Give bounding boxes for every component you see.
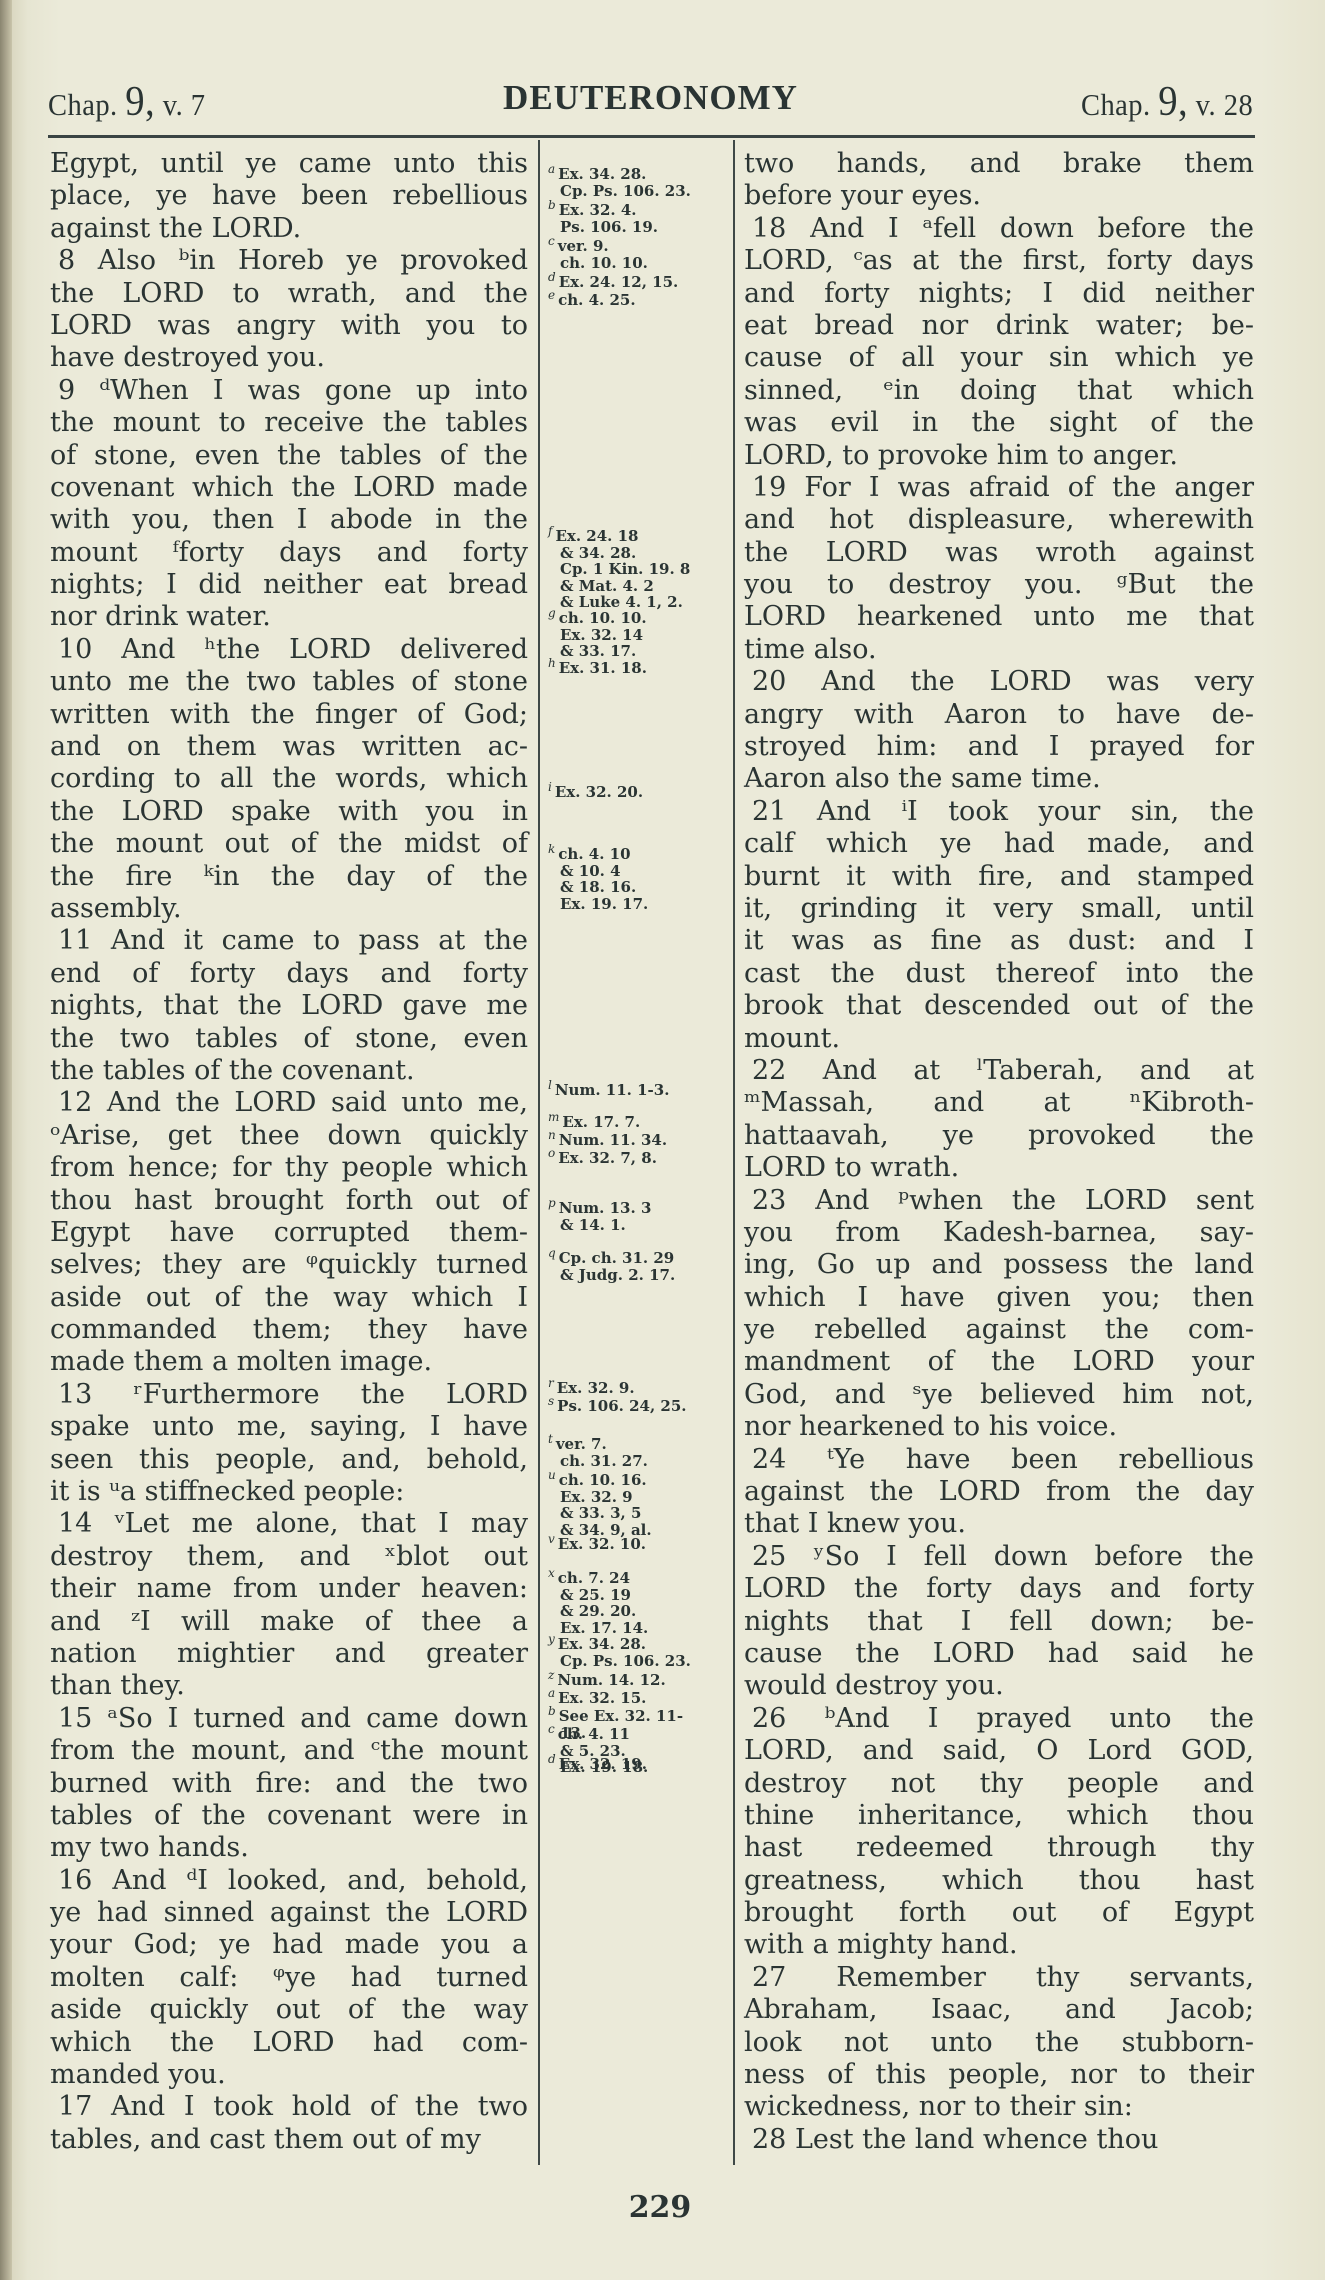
text-line: seen this people, and, behold, (50, 1444, 528, 1476)
text-line: Egypt have corrupted them- (50, 1217, 528, 1249)
reference-text: Cp. Ps. 106. 23. (560, 1652, 691, 1670)
reference-text: & Mat. 4. 2 (560, 577, 654, 595)
cross-reference: ech. 4. 25. (548, 292, 636, 309)
text-line: which the LORD had com- (50, 2027, 528, 2059)
text-line: from the mount, and ᶜthe mount (50, 1735, 528, 1767)
text-line: with you, then I abode in the (50, 504, 528, 536)
reference-mark: d (548, 1752, 556, 1766)
text-line: nights that I fell down; be- (744, 1606, 1254, 1638)
reference-mark: t (548, 1432, 553, 1446)
reference-mark: e (548, 288, 555, 302)
text-line: of stone, even the tables of the (50, 440, 528, 472)
text-line: 23 And ᵖwhen the LORD sent (744, 1185, 1254, 1217)
cross-reference: zNum. 14. 12. (548, 1672, 666, 1689)
text-line: brought forth out of Egypt (744, 1897, 1254, 1929)
left-text-column: Egypt, until ye came unto thisplace, ye … (50, 148, 528, 2156)
column-divider-right (733, 140, 735, 2165)
text-line: manded you. (50, 2059, 528, 2091)
text-line: commanded them; they have (50, 1314, 528, 1346)
reference-mark: k (548, 842, 555, 856)
reference-text: Ps. 106. 24, 25. (557, 1397, 686, 1415)
text-line: 19 For I was afraid of the anger (744, 472, 1254, 504)
text-line: thou hast brought forth out of (50, 1185, 528, 1217)
text-line: their name from under heaven: (50, 1573, 528, 1605)
text-line: nights, that the LORD gave me (50, 990, 528, 1022)
reference-text: Ex. 32. 10. (558, 1535, 646, 1553)
header-rule (48, 135, 1255, 138)
text-line: 28 Lest the land whence thou (744, 2124, 1254, 2156)
page-spine-shadow (0, 0, 12, 2280)
text-line: 13 ʳFurthermore the LORD (50, 1379, 528, 1411)
text-line: the two tables of stone, even (50, 1023, 528, 1055)
text-line: selves; they are ᵠquickly turned (50, 1249, 528, 1281)
text-line: the LORD was wroth against (744, 537, 1254, 569)
text-line: God, and ˢye believed him not, (744, 1379, 1254, 1411)
text-line: tables, and cast them out of my (50, 2124, 528, 2156)
text-line: 18 And I ᵃfell down before the (744, 213, 1254, 245)
text-line: 9 ᵈWhen I was gone up into (50, 375, 528, 407)
reference-mark: c (548, 234, 555, 248)
reference-text: Ex. 32. 19. (559, 1755, 647, 1773)
cross-reference: hEx. 31. 18. (548, 660, 647, 677)
reference-text: & 33. 3, 5 (560, 1504, 641, 1522)
text-line: nights; I did neither eat bread (50, 569, 528, 601)
text-line: sinned, ᵉin doing that which (744, 375, 1254, 407)
text-line: ye had sinned against the LORD (50, 1897, 528, 1929)
text-line: ing, Go up and possess the land (744, 1249, 1254, 1281)
text-line: 16 And ᵈI looked, and, behold, (50, 1865, 528, 1897)
reference-mark: m (548, 1110, 559, 1124)
reference-mark: o (548, 1146, 555, 1160)
reference-text: ch. 10. 10. (559, 609, 647, 627)
text-line: eat bread nor drink water; be- (744, 310, 1254, 342)
reference-text: ch. 4. 11 (558, 1725, 630, 1743)
reference-mark: z (548, 1668, 554, 1682)
text-line: cast the dust thereof into the (744, 958, 1254, 990)
text-line: LORD the forty days and forty (744, 1573, 1254, 1605)
cross-reference: rEx. 32. 9. (548, 1380, 635, 1397)
text-line: Egypt, until ye came unto this (50, 148, 528, 180)
text-line: 12 And the LORD said unto me, (50, 1087, 528, 1119)
cross-reference: sPs. 106. 24, 25. (548, 1398, 687, 1415)
text-line: tables of the covenant were in (50, 1800, 528, 1832)
reference-text: Ex. 32. 9 (560, 1488, 633, 1506)
reference-text: & 33. 17. (560, 642, 636, 660)
text-line: thine inheritance, which thou (744, 1800, 1254, 1832)
reference-text: Ex. 17. 14. (560, 1619, 648, 1637)
text-line: you to destroy you. ᵍBut the (744, 569, 1254, 601)
text-line: aside out of the way which I (50, 1282, 528, 1314)
text-line: written with the finger of God; (50, 699, 528, 731)
reference-text: Ex. 19. 17. (560, 895, 648, 913)
reference-mark: r (548, 1376, 554, 1390)
reference-mark: b (548, 1704, 556, 1718)
text-line: two hands, and brake them (744, 148, 1254, 180)
reference-mark: n (548, 1128, 556, 1142)
reference-text: ver. 7. (556, 1435, 607, 1453)
text-line: Aaron also the same time. (744, 763, 1254, 795)
reference-mark: y (548, 1632, 555, 1646)
reference-text: Ex. 34. 28. (558, 165, 646, 183)
book-title: DEUTERONOMY (48, 78, 1253, 118)
reference-text: Ex. 31. 18. (559, 659, 647, 677)
text-line: destroy them, and ˣblot out (50, 1541, 528, 1573)
text-line: place, ye have been rebellious (50, 180, 528, 212)
text-line: LORD, and said, O Lord GOD, (744, 1735, 1254, 1767)
reference-mark: c (548, 1722, 555, 1736)
cross-reference: dEx. 24. 12, 15. (548, 274, 678, 291)
reference-mark: v (548, 1532, 555, 1546)
text-line: 22 And at ˡTaberah, and at (744, 1055, 1254, 1087)
reference-mark: d (548, 270, 556, 284)
text-line: LORD was angry with you to (50, 310, 528, 342)
page-number: 229 (600, 2190, 720, 2225)
text-line: nation mightier and greater (50, 1638, 528, 1670)
text-line: that I knew you. (744, 1508, 1254, 1540)
reference-text: Num. 14. 12. (557, 1671, 665, 1689)
text-line: look not unto the stubborn- (744, 2027, 1254, 2059)
cross-reference: yEx. 34. 28.Cp. Ps. 106. 23. (548, 1636, 691, 1669)
reference-text: & 34. 28. (560, 544, 636, 562)
cross-reference: kch. 4. 10& 10. 4& 18. 16.Ex. 19. 17. (548, 846, 648, 912)
text-line: the LORD to wrath, and the (50, 278, 528, 310)
text-line: Abraham, Isaac, and Jacob; (744, 1994, 1254, 2026)
text-line: your God; ye had made you a (50, 1929, 528, 1961)
text-line: hattaavah, ye provoked the (744, 1120, 1254, 1152)
text-line: calf which ye had made, and (744, 828, 1254, 860)
text-line: you from Kadesh-barnea, say- (744, 1217, 1254, 1249)
text-line: it is ᵘa stiffnecked people: (50, 1476, 528, 1508)
text-line: unto me the two tables of stone (50, 666, 528, 698)
text-line: aside quickly out of the way (50, 1994, 528, 2026)
text-line: cording to all the words, which (50, 763, 528, 795)
reference-text: Ex. 24. 18 (555, 527, 638, 545)
cross-reference: oEx. 32. 7, 8. (548, 1150, 657, 1167)
text-line: 17 And I took hold of the two (50, 2091, 528, 2123)
cross-reference: xch. 7. 24& 25. 19& 29. 20.Ex. 17. 14. (548, 1570, 648, 1636)
text-line: nor hearkened to his voice. (744, 1411, 1254, 1443)
reference-mark: a (548, 162, 555, 176)
reference-text: Cp. ch. 31. 29 (559, 1249, 675, 1267)
text-line: brook that descended out of the (744, 990, 1254, 1022)
text-line: my two hands. (50, 1832, 528, 1864)
text-line: it, grinding it very small, until (744, 893, 1254, 925)
header-right-reference: Chap. 9, v. 28 (1081, 78, 1253, 126)
reference-text: & 10. 4 (560, 862, 621, 880)
reference-mark: x (548, 1566, 555, 1580)
text-line: LORD to wrath. (744, 1152, 1254, 1184)
reference-text: Num. 13. 3 (559, 1199, 652, 1217)
reference-text: ch. 31. 27. (560, 1452, 648, 1470)
text-line: burned with fire: and the two (50, 1768, 528, 1800)
cross-reference: cver. 9.ch. 10. 10. (548, 238, 648, 271)
reference-text: Num. 11. 34. (559, 1131, 667, 1149)
text-line: 26 ᵇAnd I prayed unto the (744, 1703, 1254, 1735)
text-line: and ᶻI will make of thee a (50, 1606, 528, 1638)
text-line: made them a molten image. (50, 1346, 528, 1378)
reference-text: Ex. 32. 4. (559, 201, 637, 219)
text-line: the tables of the covenant. (50, 1055, 528, 1087)
reference-text: & 29. 20. (560, 1602, 636, 1620)
text-line: mandment of the LORD your (744, 1346, 1254, 1378)
text-line: ᵐMassah, and at ⁿKibroth- (744, 1087, 1254, 1119)
reference-mark: g (548, 606, 556, 620)
reference-text: ch. 10. 10. (560, 254, 648, 272)
text-line: 11 And it came to pass at the (50, 925, 528, 957)
reference-mark: q (548, 1246, 556, 1260)
text-line: against the LORD. (50, 213, 528, 245)
text-line: 10 And ʰthe LORD delivered (50, 634, 528, 666)
text-line: molten calf: ᵠye had turned (50, 1962, 528, 1994)
text-line: cause the LORD had said he (744, 1638, 1254, 1670)
right-text-column: two hands, and brake thembefore your eye… (744, 148, 1254, 2156)
reference-mark: b (548, 198, 556, 212)
reference-text: Ex. 32. 15. (558, 1689, 646, 1707)
text-line: burnt it with fire, and stamped (744, 861, 1254, 893)
text-line: 25 ʸSo I fell down before the (744, 1541, 1254, 1573)
text-line: before your eyes. (744, 180, 1254, 212)
cross-reference: lNum. 11. 1-3. (548, 1082, 669, 1099)
text-line: and forty nights; I did neither (744, 278, 1254, 310)
text-line: ye rebelled against the com- (744, 1314, 1254, 1346)
reference-text: See Ex. 32. 11- (559, 1707, 683, 1725)
reference-mark: l (548, 1078, 552, 1092)
reference-text: Ex. 24. 12, 15. (559, 273, 679, 291)
text-line: the LORD spake with you in (50, 796, 528, 828)
cross-reference: mEx. 17. 7. (548, 1114, 640, 1131)
text-line: was evil in the sight of the (744, 407, 1254, 439)
reference-text: ch. 10. 16. (559, 1471, 647, 1489)
text-line: covenant which the LORD made (50, 472, 528, 504)
text-line: the fire ᵏin the day of the (50, 861, 528, 893)
reference-text: ch. 4. 10 (558, 845, 630, 863)
reference-text: ch. 7. 24 (558, 1569, 630, 1587)
text-line: would destroy you. (744, 1670, 1254, 1702)
reference-mark: s (548, 1394, 554, 1408)
text-line: 8 Also ᵇin Horeb ye provoked (50, 245, 528, 277)
text-line: angry with Aaron to have de- (744, 699, 1254, 731)
reference-text: ch. 4. 25. (558, 291, 635, 309)
reference-text: Ps. 106. 19. (560, 218, 658, 236)
text-line: the mount out of the midst of (50, 828, 528, 860)
text-line: LORD hearkened unto me that (744, 601, 1254, 633)
text-line: have destroyed you. (50, 342, 528, 374)
text-line: and hot displeasure, wherewith (744, 504, 1254, 536)
text-line: assembly. (50, 893, 528, 925)
text-line: against the LORD from the day (744, 1476, 1254, 1508)
text-line: wickedness, nor to their sin: (744, 2091, 1254, 2123)
reference-text: & 25. 19 (560, 1586, 631, 1604)
cross-reference: aEx. 34. 28.Cp. Ps. 106. 23. (548, 166, 691, 199)
reference-text: & Judg. 2. 17. (560, 1266, 675, 1284)
cross-reference: iEx. 32. 20. (548, 784, 643, 801)
cross-reference: gch. 10. 10.Ex. 32. 14& 33. 17. (548, 610, 647, 660)
reference-text: & 18. 16. (560, 878, 636, 896)
reference-text: Ex. 34. 28. (558, 1635, 646, 1653)
text-line: 21 And ⁱI took your sin, the (744, 796, 1254, 828)
cross-reference: dEx. 32. 19. (548, 1756, 647, 1773)
text-line: ᵒArise, get thee down quickly (50, 1120, 528, 1152)
reference-mark: h (548, 656, 556, 670)
text-line: spake unto me, saying, I have (50, 1411, 528, 1443)
text-line: it was as fine as dust: and I (744, 925, 1254, 957)
reference-text: Cp. 1 Kin. 19. 8 (560, 560, 690, 578)
cross-reference: aEx. 32. 15. (548, 1690, 646, 1707)
text-line: 14 ᵛLet me alone, that I may (50, 1508, 528, 1540)
text-line: hast redeemed through thy (744, 1832, 1254, 1864)
text-line: the mount to receive the tables (50, 407, 528, 439)
text-line: mount. (744, 1023, 1254, 1055)
text-line: LORD, ᶜas at the first, forty days (744, 245, 1254, 277)
reference-text: Ex. 32. 9. (557, 1379, 635, 1397)
reference-text: Ex. 32. 7, 8. (558, 1149, 657, 1167)
cross-reference: qCp. ch. 31. 29& Judg. 2. 17. (548, 1250, 675, 1283)
text-line: which I have given you; then (744, 1282, 1254, 1314)
text-line: 24 ᵗYe have been rebellious (744, 1444, 1254, 1476)
text-line: greatness, which thou hast (744, 1865, 1254, 1897)
text-line: end of forty days and forty (50, 958, 528, 990)
column-divider-left (538, 140, 540, 2165)
reference-text: Ex. 17. 7. (562, 1113, 640, 1131)
reference-text: Ex. 32. 14 (560, 626, 643, 644)
text-line: destroy not thy people and (744, 1768, 1254, 1800)
reference-mark: f (548, 524, 552, 538)
cross-reference: nNum. 11. 34. (548, 1132, 667, 1149)
reference-mark: u (548, 1468, 556, 1482)
cross-reference: pNum. 13. 3& 14. 1. (548, 1200, 651, 1233)
running-header: Chap. 9, v. 7 DEUTERONOMY Chap. 9, v. 28 (48, 78, 1253, 128)
text-line: ness of this people, nor to their (744, 2059, 1254, 2091)
text-line: 27 Remember thy servants, (744, 1962, 1254, 1994)
text-line: mount ᶠforty days and forty (50, 537, 528, 569)
reference-text: & 14. 1. (560, 1216, 626, 1234)
reference-mark: i (548, 780, 552, 794)
cross-reference: vEx. 32. 10. (548, 1536, 646, 1553)
cross-reference: tver. 7.ch. 31. 27. (548, 1436, 648, 1469)
text-line: 20 And the LORD was very (744, 666, 1254, 698)
cross-reference: uch. 10. 16.Ex. 32. 9& 33. 3, 5& 34. 9, … (548, 1472, 652, 1538)
reference-text: Ex. 32. 20. (555, 783, 643, 801)
text-line: cause of all your sin which ye (744, 342, 1254, 374)
text-line: from hence; for thy people which (50, 1152, 528, 1184)
reference-text: Cp. Ps. 106. 23. (560, 182, 691, 200)
text-line: nor drink water. (50, 601, 528, 633)
text-line: stroyed him: and I prayed for (744, 731, 1254, 763)
cross-reference: fEx. 24. 18& 34. 28.Cp. 1 Kin. 19. 8& Ma… (548, 528, 690, 611)
reference-text: Num. 11. 1-3. (555, 1081, 670, 1099)
text-line: time also. (744, 634, 1254, 666)
text-line: LORD, to provoke him to anger. (744, 440, 1254, 472)
text-line: with a mighty hand. (744, 1929, 1254, 1961)
cross-reference: bEx. 32. 4.Ps. 106. 19. (548, 202, 658, 235)
reference-mark: a (548, 1686, 555, 1700)
text-line: and on them was written ac- (50, 731, 528, 763)
text-line: 15 ᵃSo I turned and came down (50, 1703, 528, 1735)
reference-mark: p (548, 1196, 556, 1210)
text-line: than they. (50, 1670, 528, 1702)
reference-text: ver. 9. (558, 237, 609, 255)
